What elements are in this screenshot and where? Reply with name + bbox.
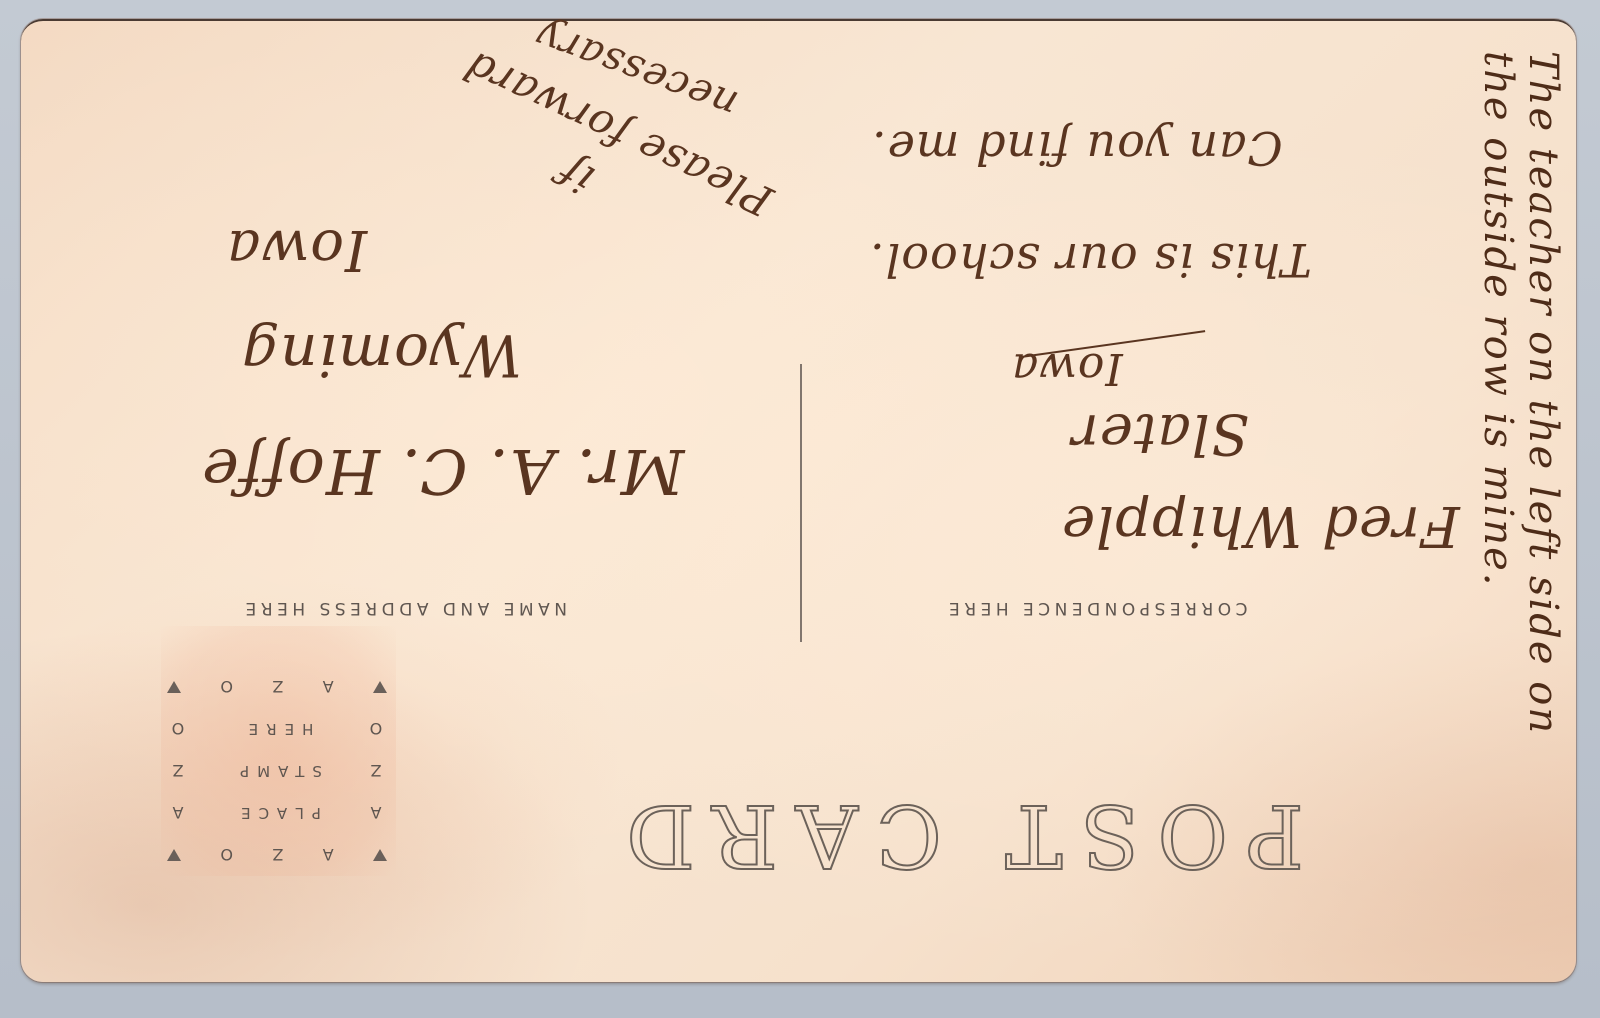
stamp-letter: A [323, 846, 334, 865]
stamp-letter: Z [272, 678, 283, 697]
address-label: NAME AND ADDRESS HERE [169, 598, 639, 618]
postcard: POST CARD NAME AND ADDRESS HERE CORRESPO… [21, 19, 1576, 982]
scan-background: POST CARD NAME AND ADDRESS HERE CORRESPO… [0, 0, 1600, 1018]
post-card-title: POST CARD [596, 787, 1316, 883]
stamp-box-top-row: A Z O [161, 834, 393, 876]
triangle-icon [373, 681, 387, 693]
stamp-letter: O [161, 708, 195, 750]
message-line2: Can you find me. [871, 121, 1283, 175]
recipient-state: Iowa [226, 217, 367, 282]
stamp-box: A Z O A PLACE A Z STAMP Z O HERE O A Z O [161, 666, 393, 876]
stamp-letter: Z [359, 750, 393, 792]
side-note-line1: The teacher on the left side on [1520, 51, 1566, 735]
stamp-letter: O [220, 846, 233, 865]
stamp-letter: O [359, 708, 393, 750]
stamp-letter: A [359, 792, 393, 834]
stamp-letter: Z [161, 750, 195, 792]
triangle-icon [373, 849, 387, 861]
sender-city: Slater [1071, 401, 1249, 466]
recipient-name: Mr. A. C. Hoffe [201, 435, 685, 508]
triangle-icon [167, 681, 181, 693]
stamp-box-bottom-row: A Z O [161, 666, 393, 708]
forwarding-note-line2: if [551, 147, 602, 205]
stamp-letter: A [161, 792, 195, 834]
stamp-letter: A [323, 678, 334, 697]
stamp-line-stamp: STAMP [195, 750, 359, 792]
stamp-line-place: PLACE [195, 792, 359, 834]
triangle-icon [167, 849, 181, 861]
stamp-line-here: HERE [195, 708, 359, 750]
sender-name: Fred Whipple [1061, 493, 1460, 558]
center-divider-line [800, 364, 802, 642]
stamp-letter: Z [272, 846, 283, 865]
correspondence-label: CORRESPONDENCE HERE [876, 598, 1316, 618]
side-note-line2: the outside row is mine. [1475, 51, 1521, 588]
stamp-letter: O [220, 678, 233, 697]
message-line1: This is our school. [869, 233, 1312, 287]
recipient-city: Wyoming [241, 321, 522, 389]
